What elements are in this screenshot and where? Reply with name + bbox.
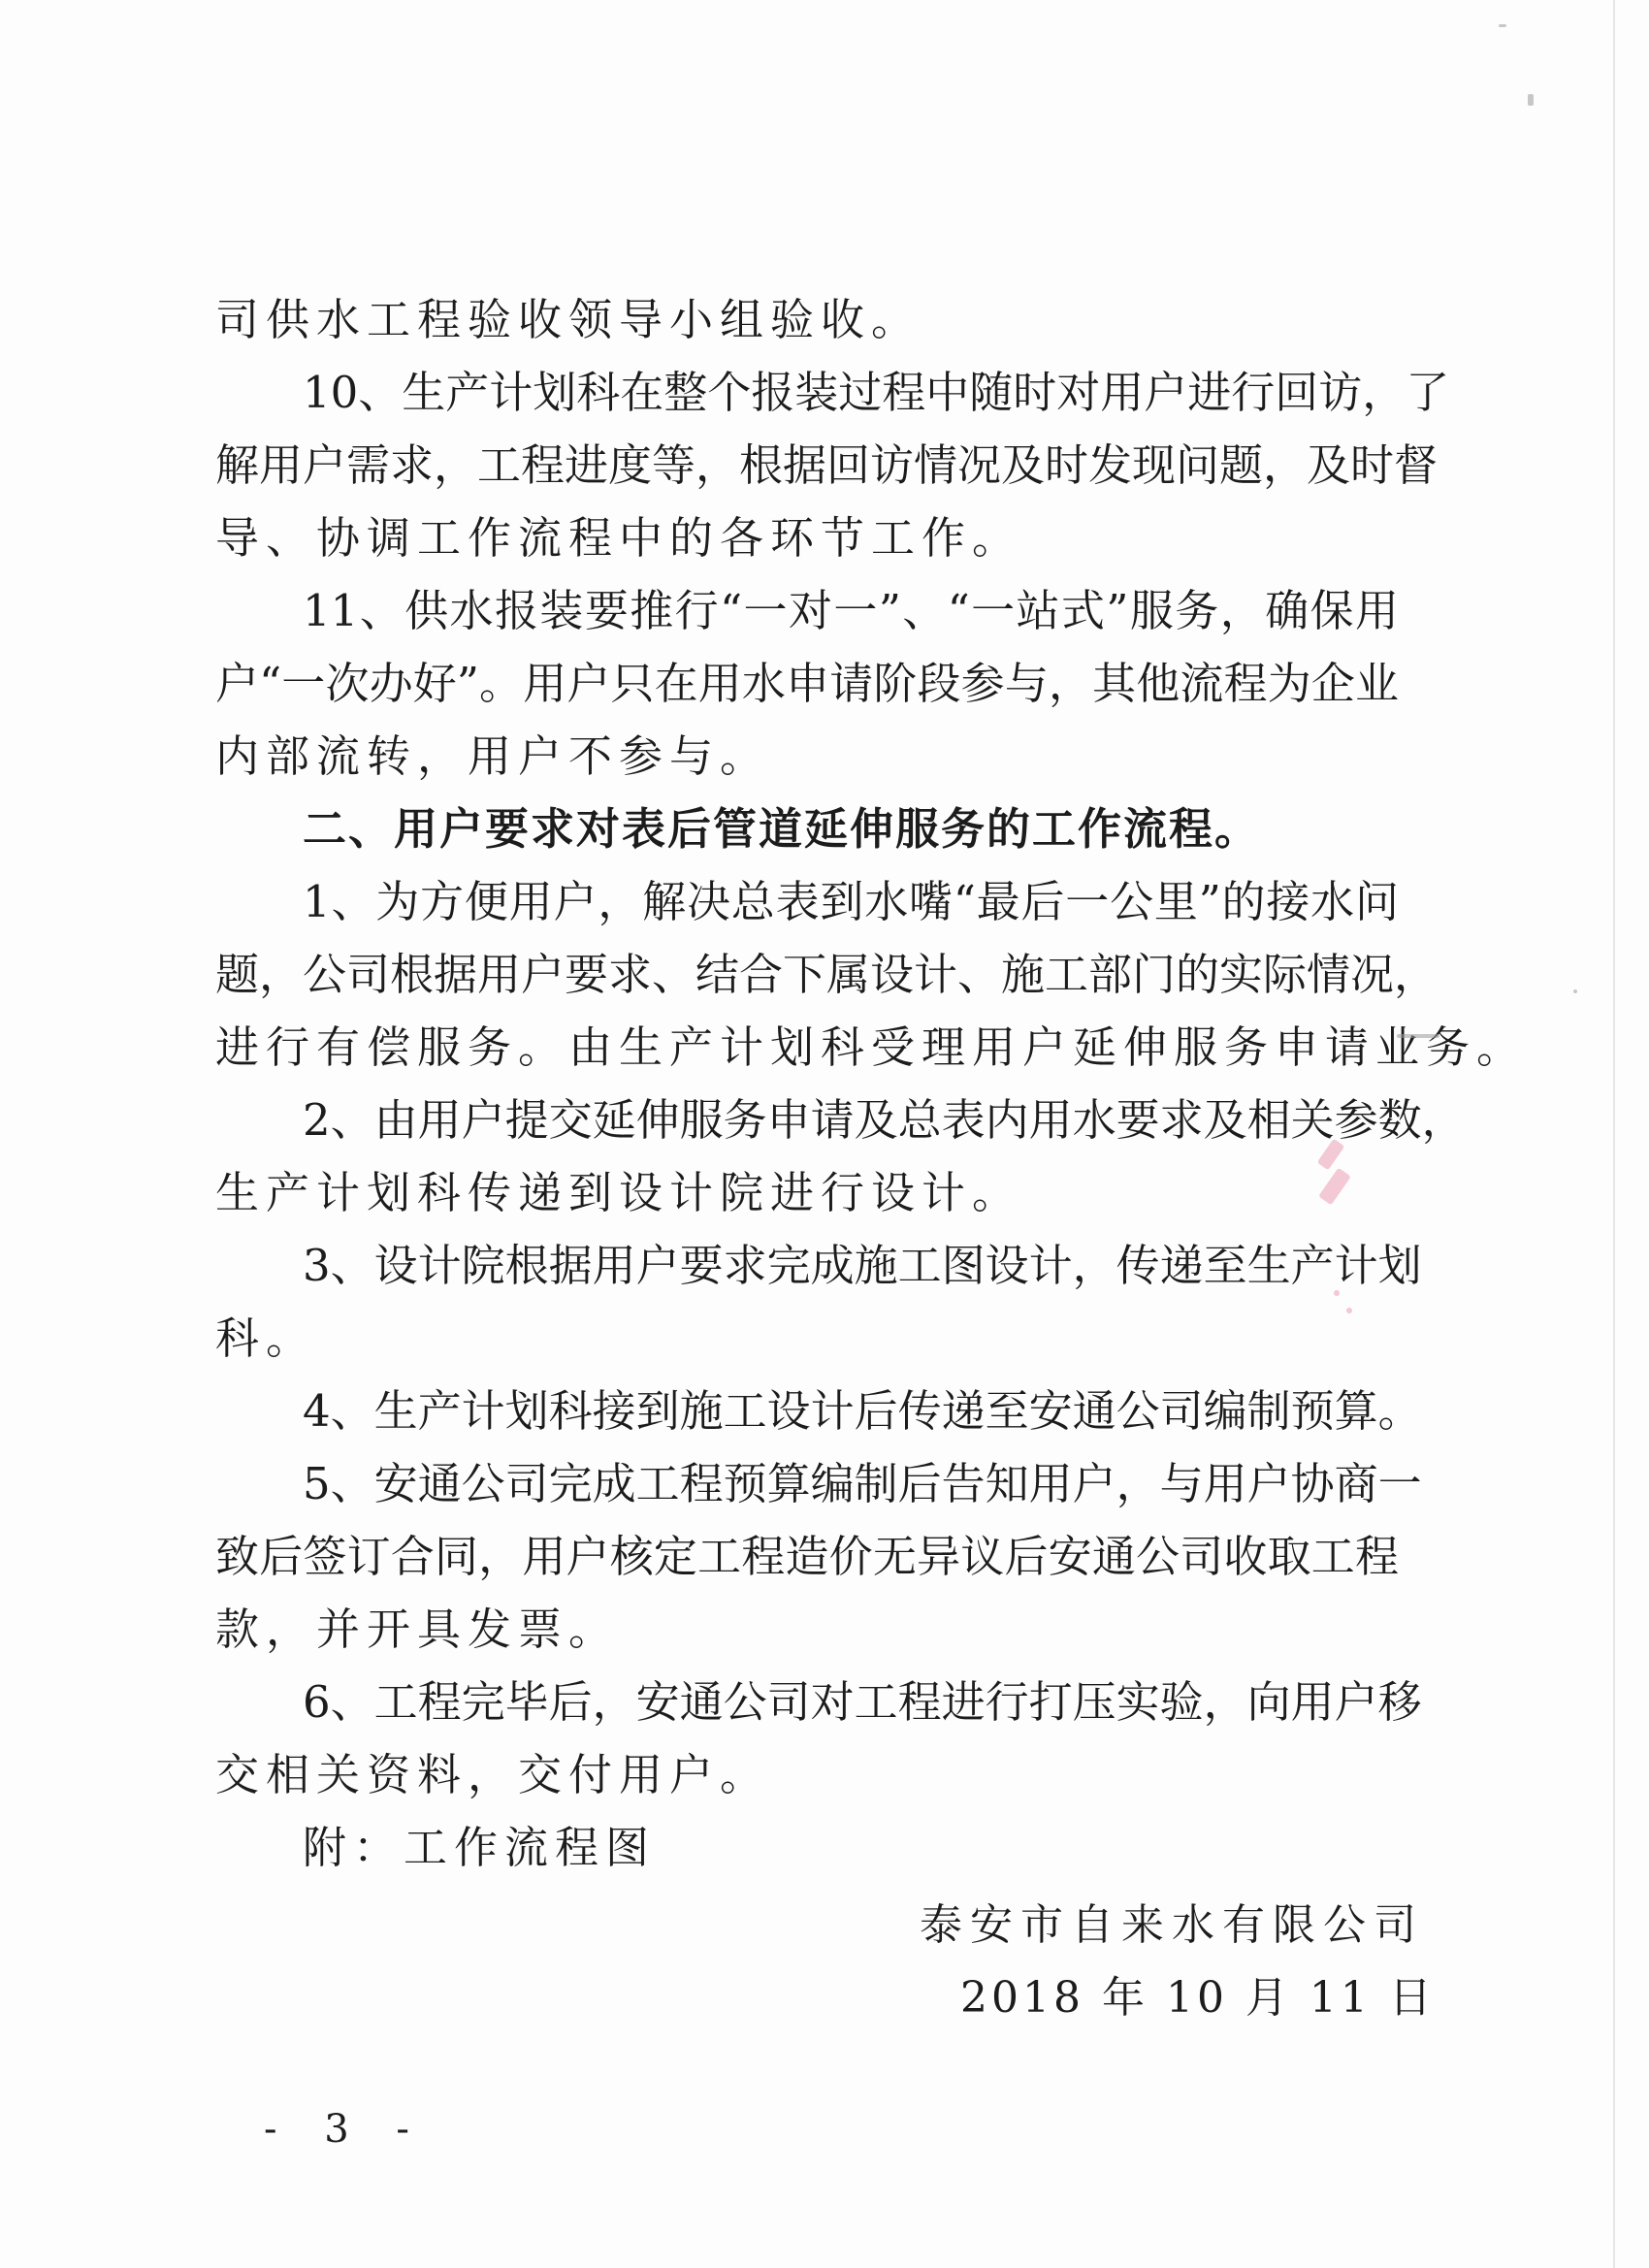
paragraph-line: 4、生产计划科接到施工设计后传递至安通公司编制预算。	[303, 1382, 1399, 1441]
paragraph-line: 5、安通公司完成工程预算编制后告知用户，与用户协商一	[303, 1455, 1399, 1513]
paragraph-line: 科。	[215, 1310, 316, 1368]
paragraph-line: 内部流转，用户不参与。	[215, 728, 770, 786]
paragraph-line: 户“一次办好”。用户只在用水申请阶段参与，其他流程为企业	[215, 655, 1399, 713]
paragraph-line: 款，并开具发票。	[215, 1601, 619, 1659]
page-number: - 3 -	[264, 2105, 427, 2154]
paragraph-line: 1、为方便用户，解决总表到水嘴“最后一公里”的接水问	[303, 873, 1399, 931]
paragraph-line: 2、由用户提交延伸服务申请及总表内用水要求及相关参数，	[303, 1091, 1399, 1150]
signature-date: 2018 年 10 月 11 日	[960, 1969, 1436, 2027]
attachment-note: 附：工作流程图	[303, 1819, 656, 1877]
document-page: 司供水工程验收领导小组验收。 10、生产计划科在整个报装过程中随时对用户进行回访…	[0, 0, 1649, 2268]
paragraph-line: 11、供水报装要推行“一对一”、“一站式”服务，确保用	[303, 582, 1399, 640]
scan-speck	[1499, 24, 1506, 27]
scan-edge-line	[1613, 0, 1615, 2268]
stamp-bleed-mark	[1318, 1168, 1351, 1206]
scan-speck	[1528, 94, 1534, 106]
paragraph-line: 司供水工程验收领导小组验收。	[215, 291, 921, 349]
paragraph-line: 致后签订合同，用户核定工程造价无异议后安通公司收取工程	[215, 1528, 1399, 1586]
stamp-bleed-mark	[1345, 1307, 1353, 1314]
paragraph-line: 6、工程完毕后，安通公司对工程进行打压实验，向用户移	[303, 1673, 1399, 1732]
signature-organization: 泰安市自来水有限公司	[920, 1896, 1424, 1955]
paragraph-line: 3、设计院根据用户要求完成施工图设计，传递至生产计划	[303, 1237, 1399, 1295]
paragraph-line: 生产计划科传递到设计院进行设计。	[215, 1164, 1022, 1222]
paragraph-line: 解用户需求，工程进度等，根据回访情况及时发现问题，及时督	[215, 437, 1399, 495]
paragraph-line: 导、协调工作流程中的各环节工作。	[215, 509, 1022, 567]
paragraph-line: 题，公司根据用户要求、结合下属设计、施工部门的实际情况，	[215, 946, 1399, 1004]
scan-smudge	[1397, 1034, 1439, 1038]
paragraph-line: 进行有偿服务。由生产计划科受理用户延伸服务申请业务。	[215, 1019, 1527, 1077]
paragraph-line: 10、生产计划科在整个报装过程中随时对用户进行回访，了	[303, 364, 1399, 422]
section-heading: 二、用户要求对表后管道延伸服务的工作流程。	[303, 800, 1260, 859]
paragraph-line: 交相关资料，交付用户。	[215, 1746, 770, 1804]
scan-speck	[1573, 989, 1577, 993]
